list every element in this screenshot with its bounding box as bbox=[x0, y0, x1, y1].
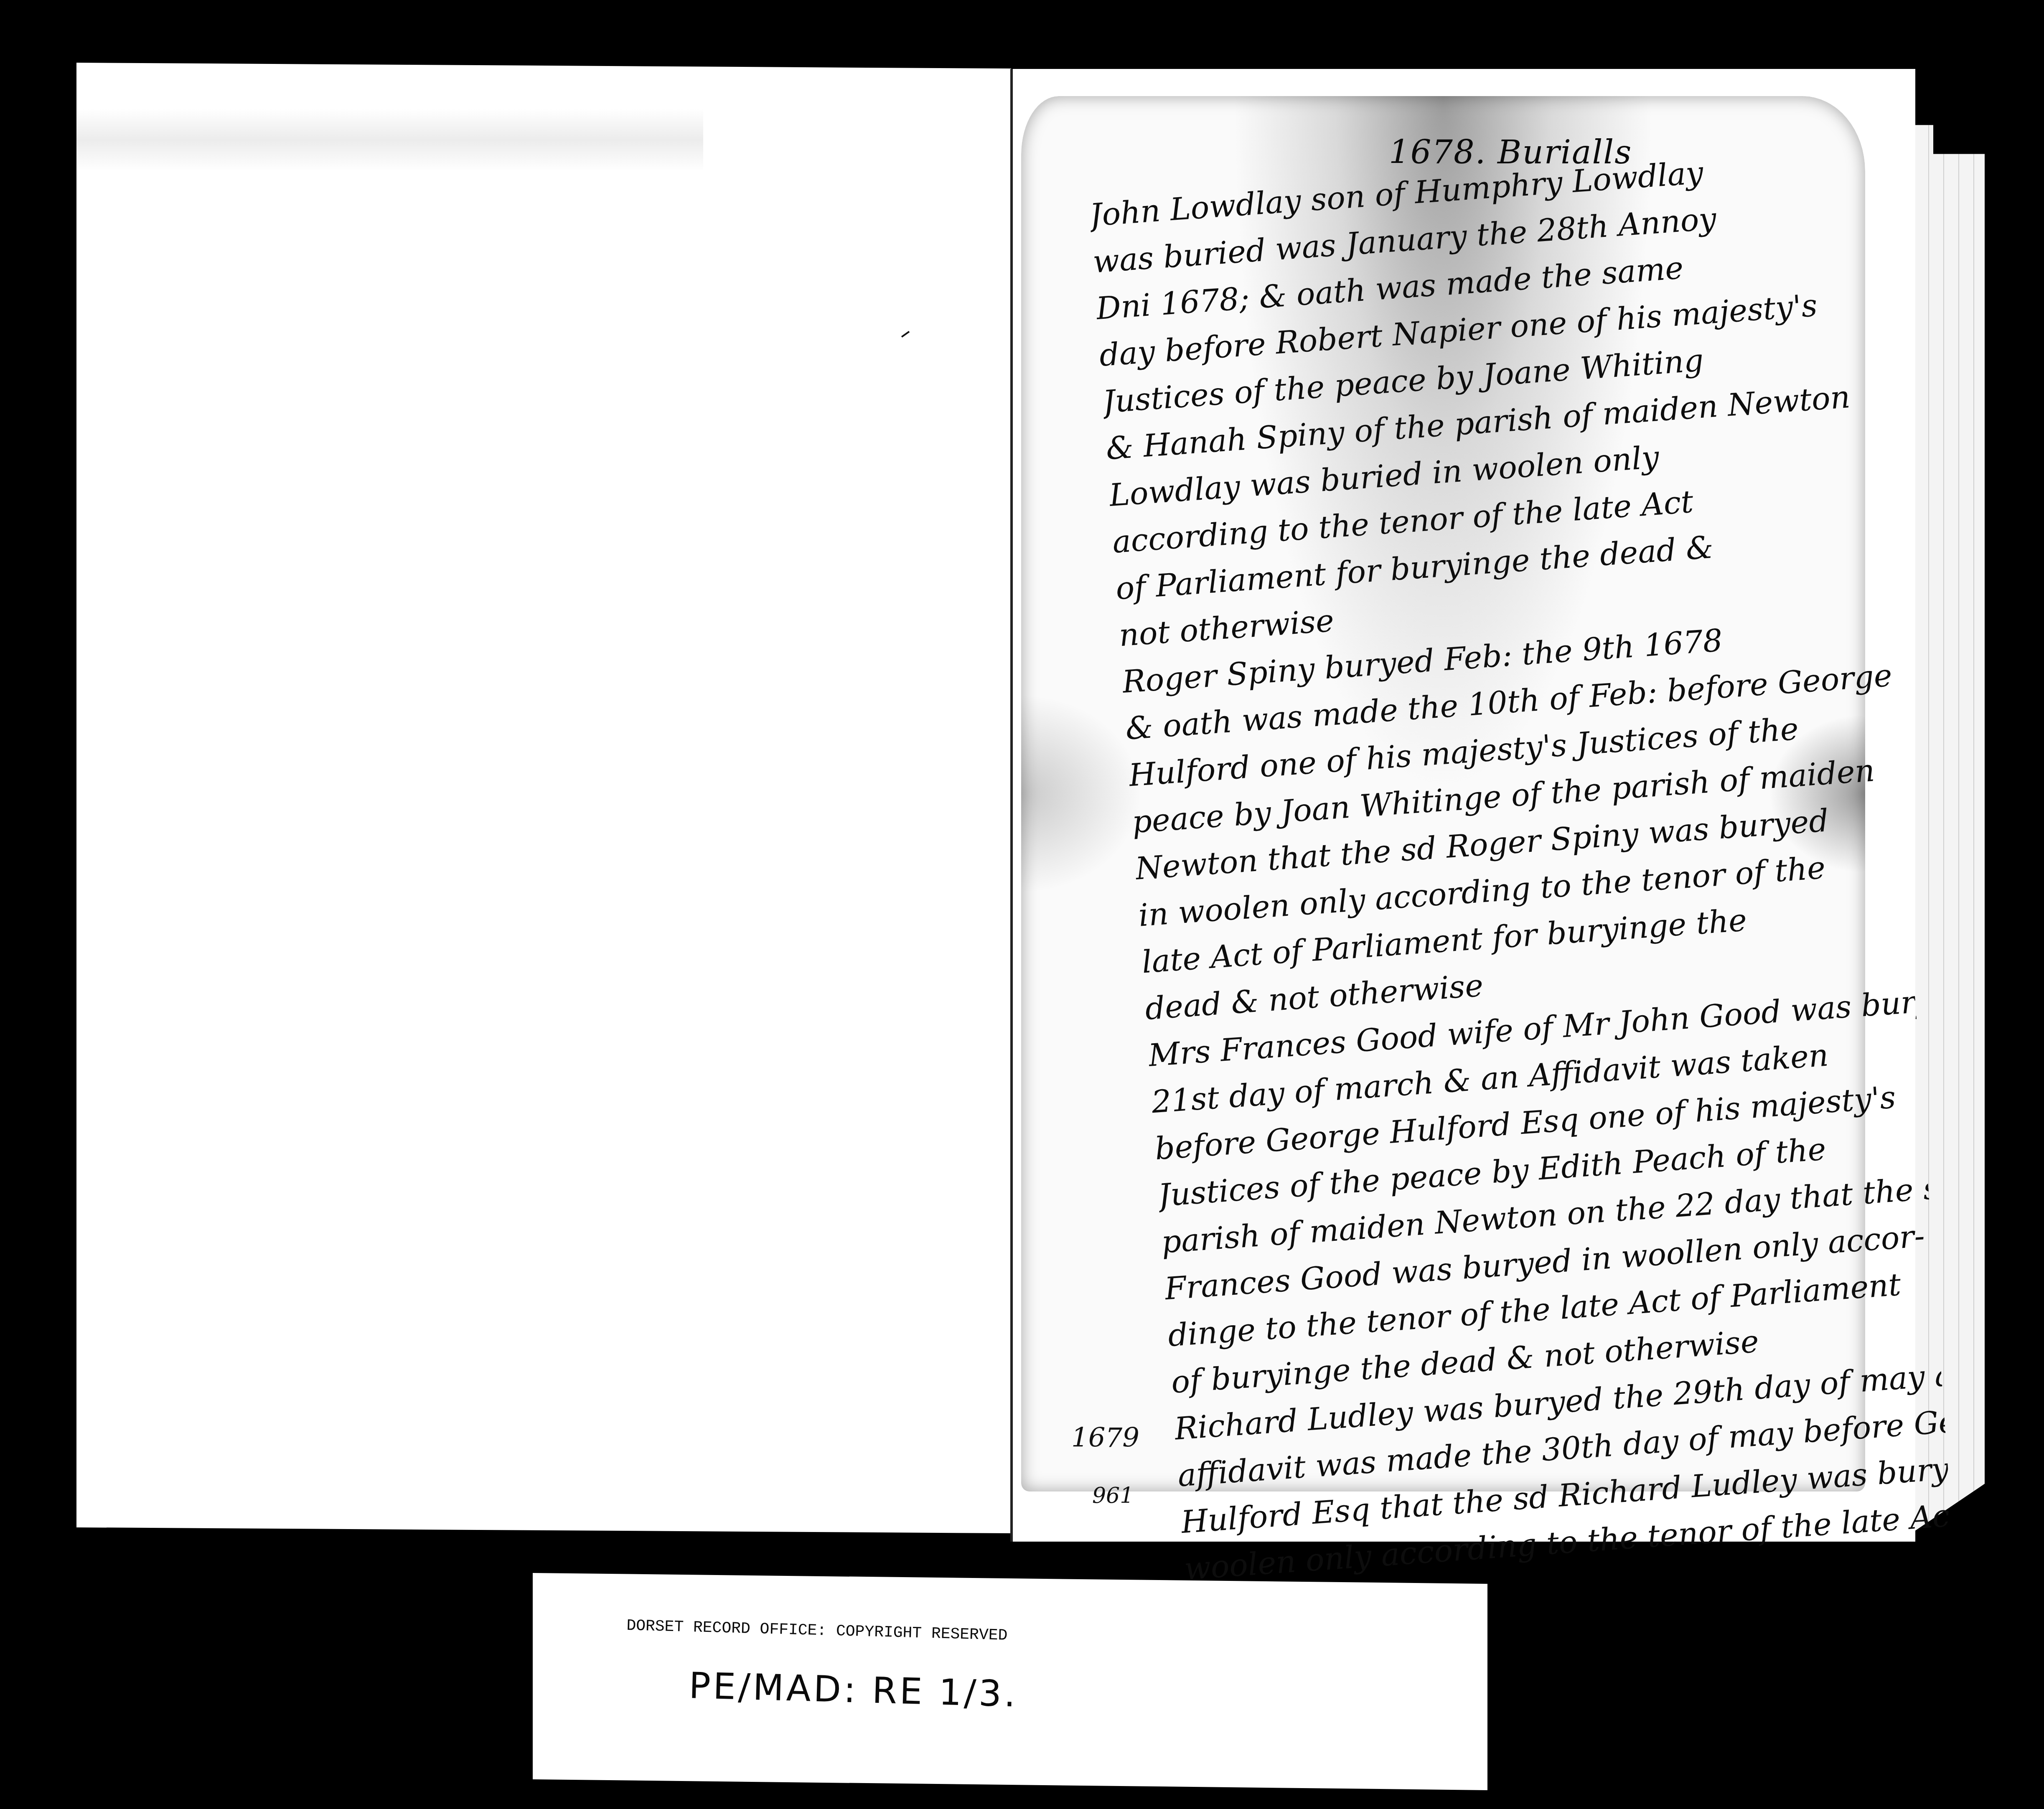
archive-reference-label: DORSET RECORD OFFICE: COPYRIGHT RESERVED… bbox=[533, 1573, 1487, 1790]
archive-reference-number: PE/MAD: RE 1/3. bbox=[688, 1665, 1018, 1715]
margin-folio-note: 961 bbox=[1092, 1483, 1134, 1508]
left-page-blank bbox=[76, 63, 1011, 1533]
manuscript-leaf: 1678. Burialls John Lowdlay son of Humph… bbox=[1021, 96, 1865, 1491]
right-page: 1678. Burialls John Lowdlay son of Humph… bbox=[1013, 69, 1915, 1542]
burial-entry-frances-good: Mrs Frances Good wife of Mr John Good wa… bbox=[1147, 979, 1940, 1406]
burial-entries: John Lowdlay son of Humphry Lowdlay was … bbox=[1088, 139, 1953, 1593]
show-through-stain bbox=[76, 109, 703, 171]
margin-year-note: 1679 bbox=[1071, 1423, 1139, 1453]
ink-mark bbox=[901, 331, 910, 338]
document-scan: 1678. Burialls John Lowdlay son of Humph… bbox=[0, 0, 2044, 1809]
copyright-notice: DORSET RECORD OFFICE: COPYRIGHT RESERVED bbox=[626, 1617, 1008, 1645]
burial-entry-john-lowdlay: John Lowdlay son of Humphry Lowdlay was … bbox=[1088, 139, 1888, 659]
burial-entry-roger-spiny: Roger Spiny buryed Feb: the 9th 1678 & o… bbox=[1121, 605, 1914, 1032]
